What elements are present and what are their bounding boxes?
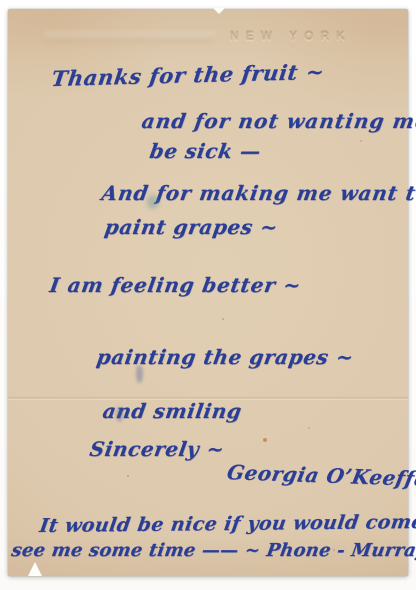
- closing-line: Sincerely ~: [88, 437, 226, 461]
- embossed-letterhead-illegible: [44, 31, 216, 43]
- signature: Georgia O’Keeffe –: [225, 460, 416, 492]
- postscript-line: It would be nice if you would come and: [38, 510, 416, 537]
- handwritten-line: be sick —: [148, 139, 263, 163]
- postscript-line: see me some time —— ~ Phone - Murray Hil…: [10, 540, 416, 561]
- handwritten-line: Thanks for the fruit ~: [50, 59, 326, 91]
- pigment-smudge: [147, 195, 159, 209]
- embossed-letterhead-text: NEW YORK: [230, 29, 352, 43]
- letter-paper: NEW YORK Thanks for the fruit ~ and for …: [8, 9, 408, 576]
- paper-foxing-specks: [8, 9, 10, 11]
- handwritten-line: paint grapes ~: [103, 215, 280, 239]
- fold-crease: [8, 397, 408, 400]
- paper-notch-bottom: [28, 562, 42, 576]
- ink-smudge: [136, 365, 143, 383]
- handwritten-line: and for not wanting me to: [140, 109, 416, 133]
- scanned-letter-frame: NEW YORK Thanks for the fruit ~ and for …: [0, 0, 416, 590]
- handwritten-line: I am feeling better ~: [48, 273, 303, 297]
- embossed-letterhead: NEW YORK: [8, 28, 408, 46]
- paper-notch-top: [213, 8, 225, 14]
- ink-smudge: [116, 407, 123, 422]
- handwritten-line: painting the grapes ~: [95, 345, 355, 369]
